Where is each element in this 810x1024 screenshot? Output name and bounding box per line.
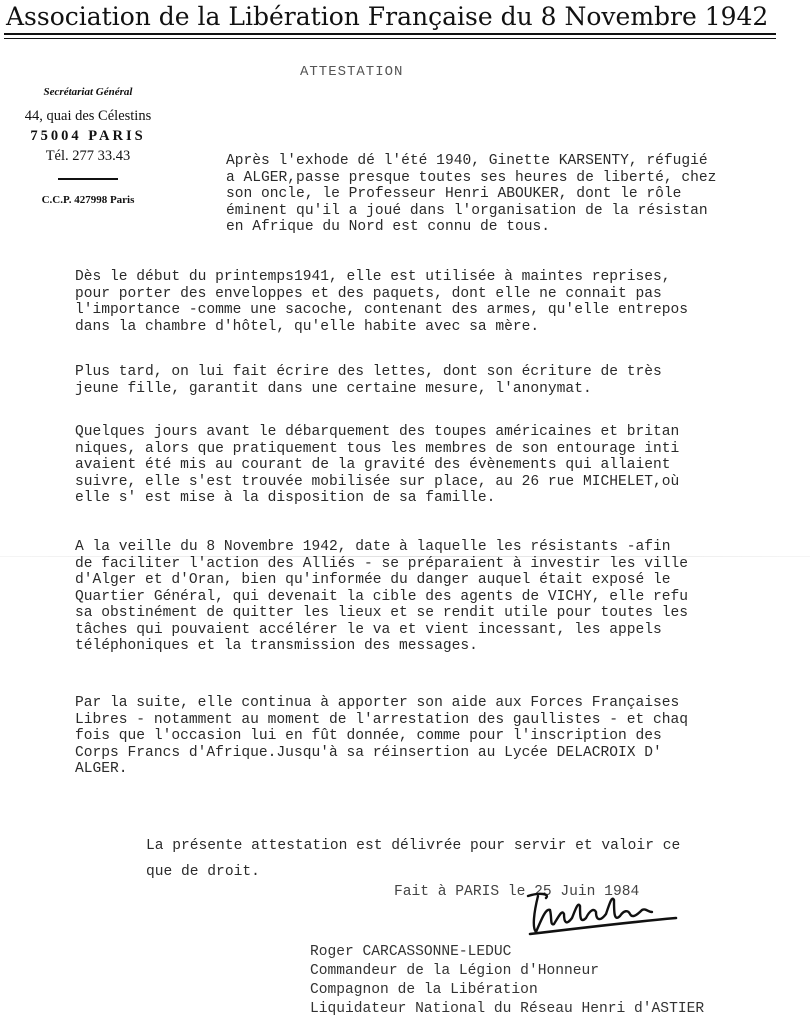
paragraph-4: Quelques jours avant le débarquement des… (75, 424, 810, 507)
ccp-line: C.C.P. 427998 Paris (22, 194, 154, 206)
document-heading: ATTESTATION (300, 64, 403, 80)
paragraph-3: Plus tard, on lui fait écrire des lettes… (75, 364, 810, 397)
paragraph-5: A la veille du 8 Novembre 1942, date à l… (75, 539, 810, 655)
signatory-title-liquidateur: Liquidateur National du Réseau Henri d'A… (310, 1000, 704, 1019)
signatory-title-legion: Commandeur de la Légion d'Honneur (310, 962, 704, 981)
sidebar-divider (58, 178, 118, 180)
letterhead-rule-thin (4, 38, 776, 39)
phone-line: Tél. 277 33.43 (22, 146, 154, 166)
paragraph-2: Dès le début du printemps1941, elle est … (75, 269, 810, 335)
address-line: 44, quai des Célestins (22, 106, 154, 126)
signature-block: Roger CARCASSONNE-LEDUCCommandeur de la … (310, 943, 704, 1019)
handwritten-signature (520, 888, 680, 938)
paragraph-6: Par la suite, elle continua à apporter s… (75, 695, 810, 778)
signatory-title-compagnon: Compagnon de la Libération (310, 981, 704, 1000)
closing-paragraph: La présente attestation est délivrée pou… (146, 833, 810, 885)
paragraph-1: Après l'exhode dé l'été 1940, Ginette KA… (226, 153, 810, 236)
signatory-name: Roger CARCASSONNE-LEDUC (310, 943, 704, 962)
letterhead-title: Association de la Libération Française d… (6, 2, 806, 31)
secretariat-label: Secrétariat Général (22, 86, 154, 98)
letterhead-sidebar: Secrétariat Général 44, quai des Célesti… (22, 86, 154, 206)
letterhead-rule (4, 33, 776, 35)
city-line: 75004 PARIS (22, 126, 154, 146)
